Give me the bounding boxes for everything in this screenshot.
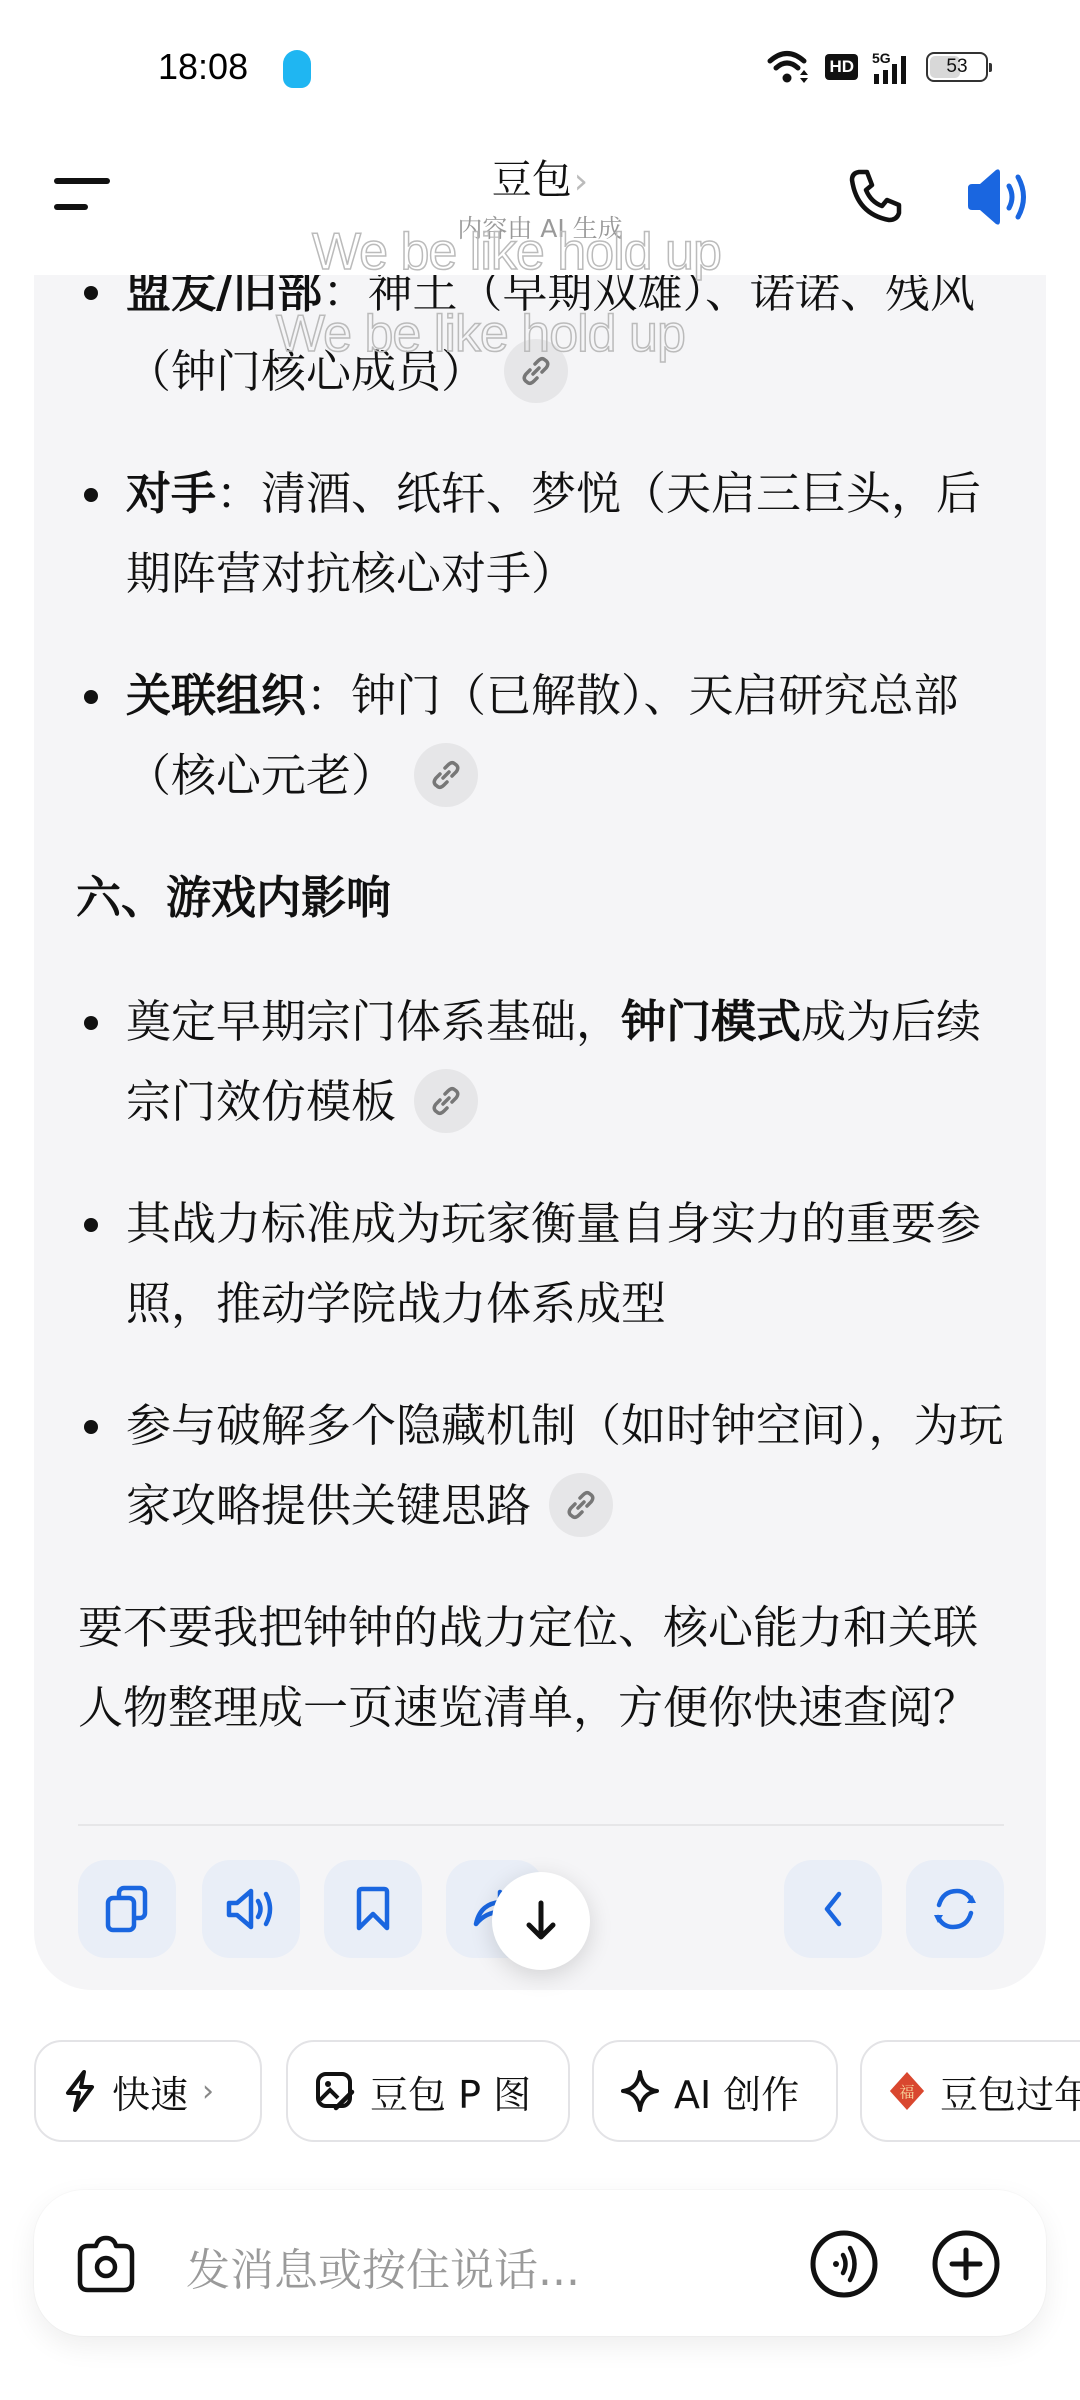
item-label: 对手 [126,467,216,520]
sparkle-icon [620,2069,660,2113]
hd-badge: HD [825,54,858,80]
speaker-icon [225,1884,277,1934]
section-heading: 六、游戏内影响 [76,858,1008,938]
item-text: 其战力标准成为玩家衡量自身实力的重要参照，推动学院战力体系成型 [126,1197,981,1330]
battery-icon: 53 [926,52,988,82]
svg-text:福: 福 [899,2084,914,2102]
bookmark-icon [353,1884,393,1934]
qq-penguin-icon [283,50,311,88]
link-icon [519,354,553,388]
chevron-right-icon: › [574,161,588,202]
message-content: 盟友/旧部：神土（早期双雄）、诺诺、残风（钟门核心成员） 对手：清酒、纸轩、梦悦… [78,252,1008,1748]
regenerate-button[interactable] [906,1860,1004,1958]
phone-call-button[interactable] [845,166,905,226]
copy-icon [103,1884,151,1934]
voice-wave-icon [808,2228,880,2300]
chip-ai-create[interactable]: AI 创作 [592,2040,838,2142]
list-item: 盟友/旧部：神土（早期双雄）、诺诺、残风（钟门核心成员） [78,252,1008,412]
status-icons: HD 5G 53 [767,48,988,86]
copy-button[interactable] [78,1860,176,1958]
chevron-left-icon [813,1884,853,1934]
signal-icon: 5G [872,50,912,84]
source-link-button[interactable] [549,1473,613,1537]
bot-name[interactable]: 豆包 [492,157,572,203]
camera-icon [74,2232,138,2296]
voice-playback-button[interactable] [962,164,1032,230]
status-bar: 18:08 HD 5G 53 [0,0,1080,130]
phone-icon [845,166,905,226]
item-label: 关联组织 [126,669,306,722]
chip-image-edit[interactable]: 豆包 P 图 [286,2040,570,2142]
fu-badge-icon: 福 [888,2069,926,2113]
link-icon [564,1488,598,1522]
scroll-to-bottom-button[interactable] [492,1872,590,1970]
item-separator: ： [216,467,261,520]
arrow-down-icon [521,1899,561,1943]
regenerate-icon [927,1881,983,1937]
divider [78,1824,1004,1826]
voice-input-button[interactable] [808,2228,880,2300]
item-separator: ： [306,669,351,722]
previous-answer-button[interactable] [784,1860,882,1958]
chip-label: 豆包 P 图 [370,2064,531,2119]
link-icon [429,758,463,792]
list-item: 关联组织：钟门（已解散）、天启研究总部（核心元老） [78,656,1008,816]
message-input-bar: 发消息或按住说话... [34,2190,1046,2336]
closing-question: 要不要我把钟钟的战力定位、核心能力和关联人物整理成一页速览清单，方便你快速查阅？ [78,1588,1008,1748]
image-edit-icon [314,2070,356,2112]
ai-generated-label: 内容由 AI 生成 [0,209,1080,245]
plus-icon [930,2228,1002,2300]
source-link-button[interactable] [414,1069,478,1133]
chip-label: 豆包过年 [940,2064,1080,2119]
list-item: 其战力标准成为玩家衡量自身实力的重要参照，推动学院战力体系成型 [78,1184,1008,1344]
bookmark-button[interactable] [324,1860,422,1958]
battery-level: 53 [946,56,967,78]
chip-label: 快速 [112,2064,188,2119]
source-link-button[interactable] [504,339,568,403]
source-link-button[interactable] [414,743,478,807]
speaker-on-icon [962,164,1032,230]
status-time: 18:08 [158,46,248,88]
wifi-icon [767,48,811,86]
list-item: 奠定早期宗门体系基础，钟门模式成为后续宗门效仿模板 [78,982,1008,1142]
lightning-icon [62,2069,98,2113]
chip-label: AI 创作 [674,2064,799,2119]
read-aloud-button[interactable] [202,1860,300,1958]
list-item: 参与破解多个隐藏机制（如时钟空间），为玩家攻略提供关键思路 [78,1386,1008,1546]
chip-fast-mode[interactable]: 快速 › [34,2040,262,2142]
chat-title[interactable]: 豆包› 内容由 AI 生成 [0,148,1080,245]
message-input[interactable]: 发消息或按住说话... [186,2234,580,2298]
item-text: 奠定早期宗门体系基础， [126,995,621,1048]
chevron-right-icon: › [202,2074,214,2109]
camera-button[interactable] [74,2232,138,2296]
list-item: 对手：清酒、纸轩、梦悦（天启三巨头，后期阵营对抗核心对手） [78,454,1008,614]
more-options-button[interactable] [930,2228,1002,2300]
item-emphasis: 钟门模式 [621,995,801,1048]
chat-header: 豆包› 内容由 AI 生成 [0,130,1080,275]
chip-new-year[interactable]: 福 豆包过年 [860,2040,1080,2142]
link-icon [429,1084,463,1118]
